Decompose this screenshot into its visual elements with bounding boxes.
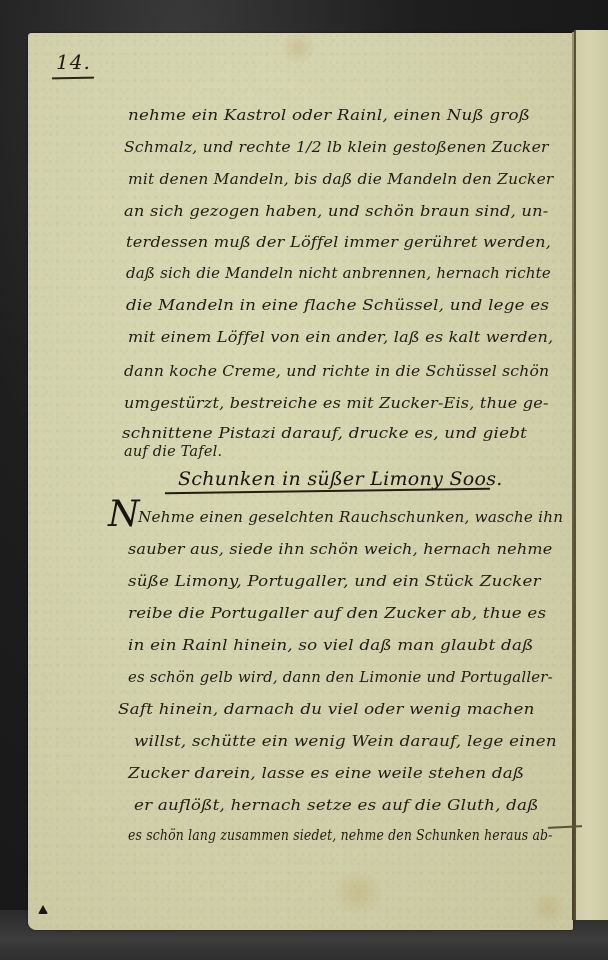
page-number: 14. [56, 50, 91, 74]
text-line: reibe die Portugaller auf den Zucker ab,… [128, 606, 546, 622]
text-line: es schön gelb wird, dann den Limonie und… [128, 670, 553, 686]
paper-stain [328, 873, 388, 913]
text-line: sauber aus, siede ihn schön weich, herna… [128, 542, 552, 558]
text-line: umgestürzt, bestreiche es mit Zucker-Eis… [124, 396, 549, 412]
paper-stain [278, 33, 318, 63]
text-line: süße Limony, Portugaller, und ein Stück … [128, 574, 541, 590]
corner-punch-mark [38, 905, 48, 914]
text-line: die Mandeln in eine flache Schüssel, und… [126, 298, 549, 314]
text-line: Saft hinein, darnach du viel oder wenig … [118, 702, 535, 718]
text-line: Schmalz, und rechte 1/2 lb klein gestoße… [124, 140, 549, 156]
text-line: schnittene Pistazi darauf, drucke es, un… [122, 426, 527, 442]
text-line: daß sich die Mandeln nicht anbrennen, he… [126, 266, 551, 282]
paper-stain [528, 893, 568, 923]
text-line: Zucker darein, lasse es eine weile stehe… [128, 766, 524, 782]
text-line: er auflößt, hernach setze es auf die Glu… [134, 798, 539, 814]
text-line: auf die Tafel. [124, 444, 222, 460]
text-line: in ein Rainl hinein, so viel daß man gla… [128, 638, 533, 654]
text-line: Nehme einen geselchten Rauchschunken, wa… [138, 510, 563, 526]
text-line: mit denen Mandeln, bis daß die Mandeln d… [128, 172, 553, 188]
text-line: an sich gezogen haben, und schön braun s… [124, 204, 549, 220]
text-line: willst, schütte ein wenig Wein darauf, l… [134, 734, 557, 750]
text-line: terdessen muß der Löffel immer gerühret … [126, 235, 551, 251]
recipe-heading: Schunken in süßer Limony Soos. [178, 468, 503, 490]
text-line: dann koche Creme, und richte in die Schü… [124, 364, 549, 380]
text-line: mit einem Löffel von ein ander, laß es k… [128, 330, 553, 346]
decorative-initial: N [108, 494, 140, 535]
book-gutter [572, 32, 574, 920]
text-line: nehme ein Kastrol oder Rainl, einen Nuß … [128, 108, 530, 124]
facing-page-edge [574, 30, 608, 920]
text-line: es schön lang zusammen siedet, nehme den… [128, 828, 553, 844]
